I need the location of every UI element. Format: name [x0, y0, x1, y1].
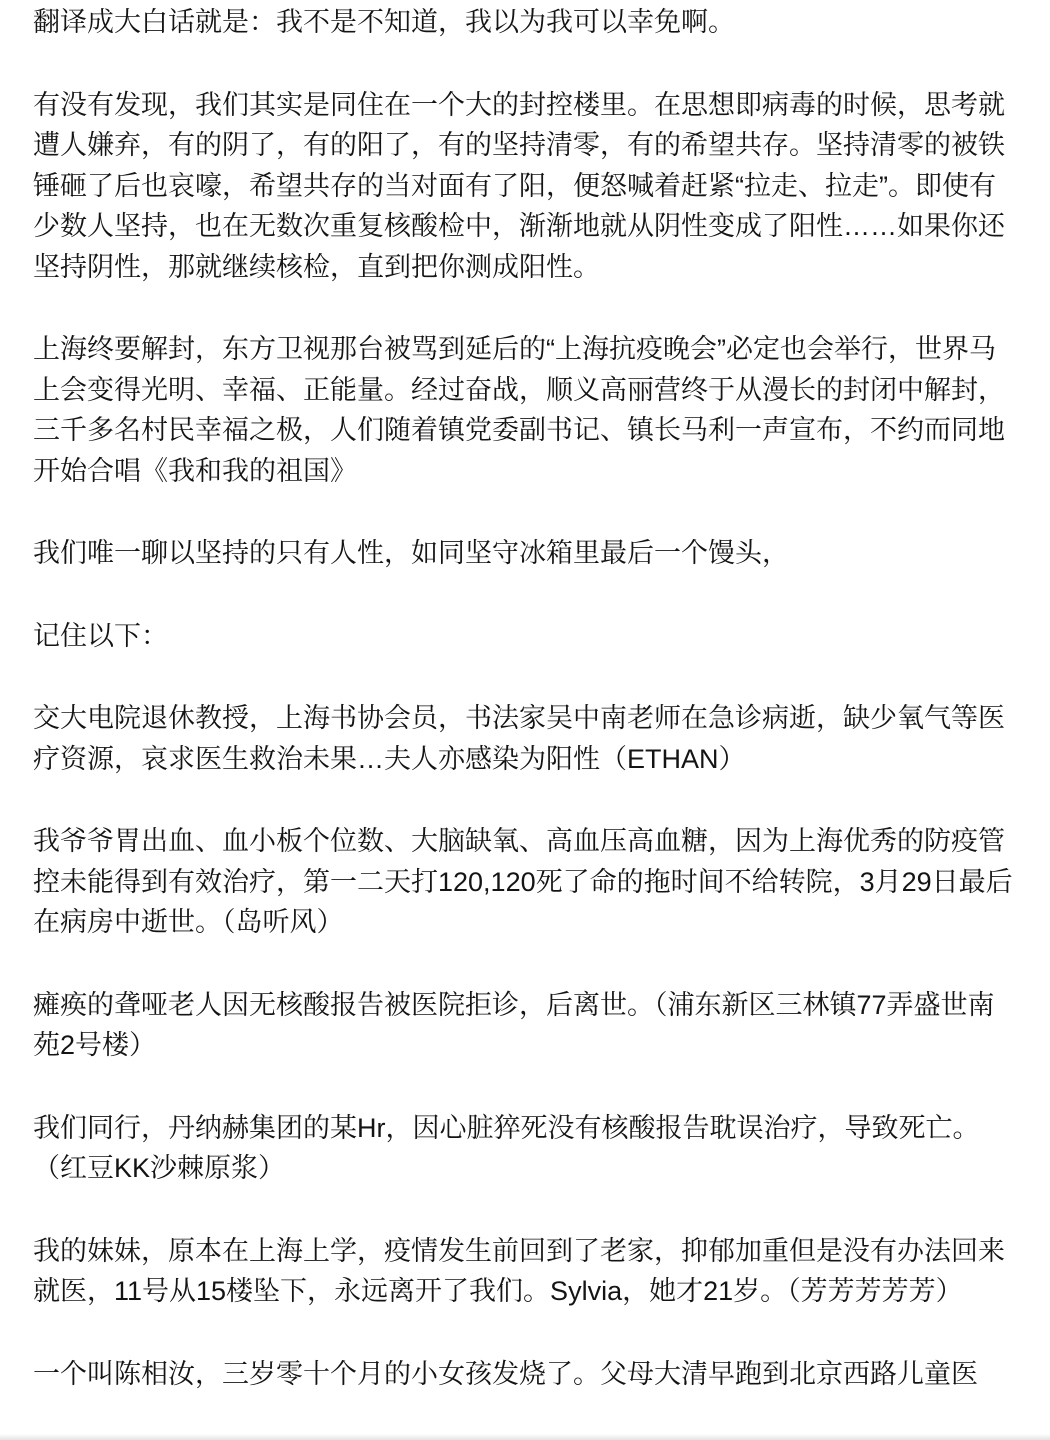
- paragraph-case-hr-colleague: 我们同行，丹纳赫集团的某Hr，因心脏猝死没有核酸报告耽误治疗，导致死亡。（红豆K…: [33, 1108, 1017, 1189]
- paragraph-remember-following: 记住以下：: [33, 616, 1017, 657]
- article-body: 翻译成大白话就是：我不是不知道，我以为我可以幸免啊。 有没有发现，我们其实是同住…: [0, 0, 1050, 1394]
- paragraph-translation: 翻译成大白话就是：我不是不知道，我以为我可以幸免啊。: [33, 2, 1017, 43]
- page-bottom-edge: [0, 1434, 1050, 1440]
- paragraph-humanity: 我们唯一聊以坚持的只有人性，如同坚守冰箱里最后一个馒头，: [33, 533, 1017, 574]
- paragraph-shanghai-reopen: 上海终要解封，东方卫视那台被骂到延后的“上海抗疫晚会”必定也会举行，世界马上会变…: [33, 329, 1017, 491]
- paragraph-case-toddler: 一个叫陈相汝，三岁零十个月的小女孩发烧了。父母大清早跑到北京西路儿童医: [33, 1354, 1017, 1395]
- paragraph-case-deaf-elder: 瘫痪的聋哑老人因无核酸报告被医院拒诊，后离世。（浦东新区三林镇77弄盛世南苑2号…: [33, 985, 1017, 1066]
- paragraph-case-sister: 我的妹妹，原本在上海上学，疫情发生前回到了老家，抑郁加重但是没有办法回来就医，1…: [33, 1231, 1017, 1312]
- paragraph-lockdown-building: 有没有发现，我们其实是同住在一个大的封控楼里。在思想即病毒的时候，思考就遭人嫌弃…: [33, 85, 1017, 288]
- paragraph-case-grandfather: 我爷爷胃出血、血小板个位数、大脑缺氧、高血压高血糖，因为上海优秀的防疫管控未能得…: [33, 821, 1017, 943]
- paragraph-case-professor: 交大电院退休教授，上海书协会员，书法家吴中南老师在急诊病逝，缺少氧气等医疗资源，…: [33, 698, 1017, 779]
